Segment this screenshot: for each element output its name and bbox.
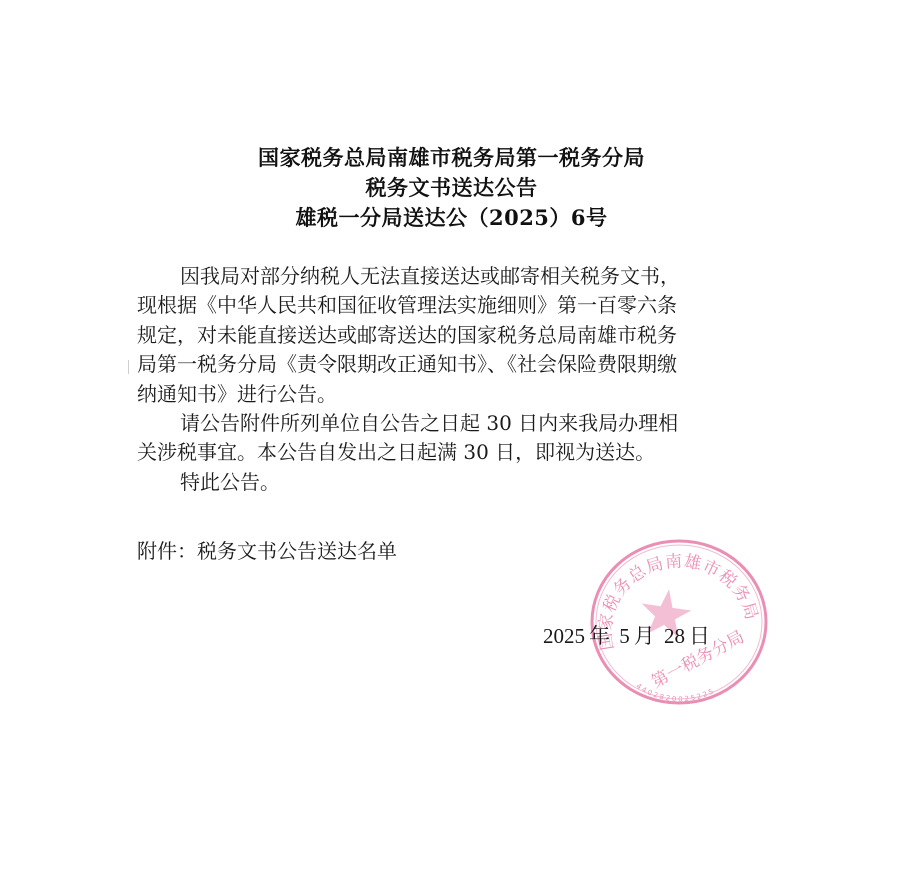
text-line: 请公告附件所列单位自公告之日起 30 日内来我局办理相 <box>137 409 787 438</box>
scan-artifact-mark <box>128 360 129 374</box>
paragraph-closing: 特此公告。 <box>137 468 787 497</box>
attachment-label: 附件：税务文书公告送达名单 <box>137 537 397 566</box>
date-month: 5 <box>619 624 630 648</box>
date-day-unit: 日 <box>689 624 710 648</box>
date-day: 28 <box>664 624 685 648</box>
issue-date: 2025年 5月 28日 <box>543 622 714 651</box>
text-line: 局第一税务分局《责令限期改正通知书》、《社会保险费限期缴 <box>137 350 787 379</box>
document-page: 国家税务总局南雄市税务局第一税务分局 税务文书送达公告 雄税一分局送达公（202… <box>0 0 903 869</box>
text-line: 关涉税事宜。本公告自发出之日起满 30 日，即视为送达。 <box>137 438 787 467</box>
text-line: 因我局对部分纳税人无法直接送达或邮寄相关税务文书， <box>137 262 787 291</box>
date-year-unit: 年 <box>589 624 610 648</box>
text-line: 规定，对未能直接送达或邮寄送达的国家税务总局南雄市税务 <box>137 321 787 350</box>
document-body: 因我局对部分纳税人无法直接送达或邮寄相关税务文书， 现根据《中华人民共和国征收管… <box>137 262 787 497</box>
issuing-authority-title: 国家税务总局南雄市税务局第一税务分局 <box>0 143 903 173</box>
text-line: 现根据《中华人民共和国征收管理法实施细则》第一百零六条 <box>137 291 787 320</box>
date-month-unit: 月 <box>634 624 655 648</box>
document-title: 国家税务总局南雄市税务局第一税务分局 税务文书送达公告 雄税一分局送达公（202… <box>0 143 903 233</box>
date-year: 2025 <box>543 624 585 648</box>
text-line: 特此公告。 <box>137 468 787 497</box>
notice-title: 税务文书送达公告 <box>0 173 903 203</box>
document-number: 雄税一分局送达公（2025）6号 <box>0 203 903 233</box>
paragraph-announcement: 因我局对部分纳税人无法直接送达或邮寄相关税务文书， 现根据《中华人民共和国征收管… <box>137 262 787 409</box>
paragraph-instructions: 请公告附件所列单位自公告之日起 30 日内来我局办理相 关涉税事宜。本公告自发出… <box>137 409 787 468</box>
text-line: 纳通知书》进行公告。 <box>137 380 787 409</box>
